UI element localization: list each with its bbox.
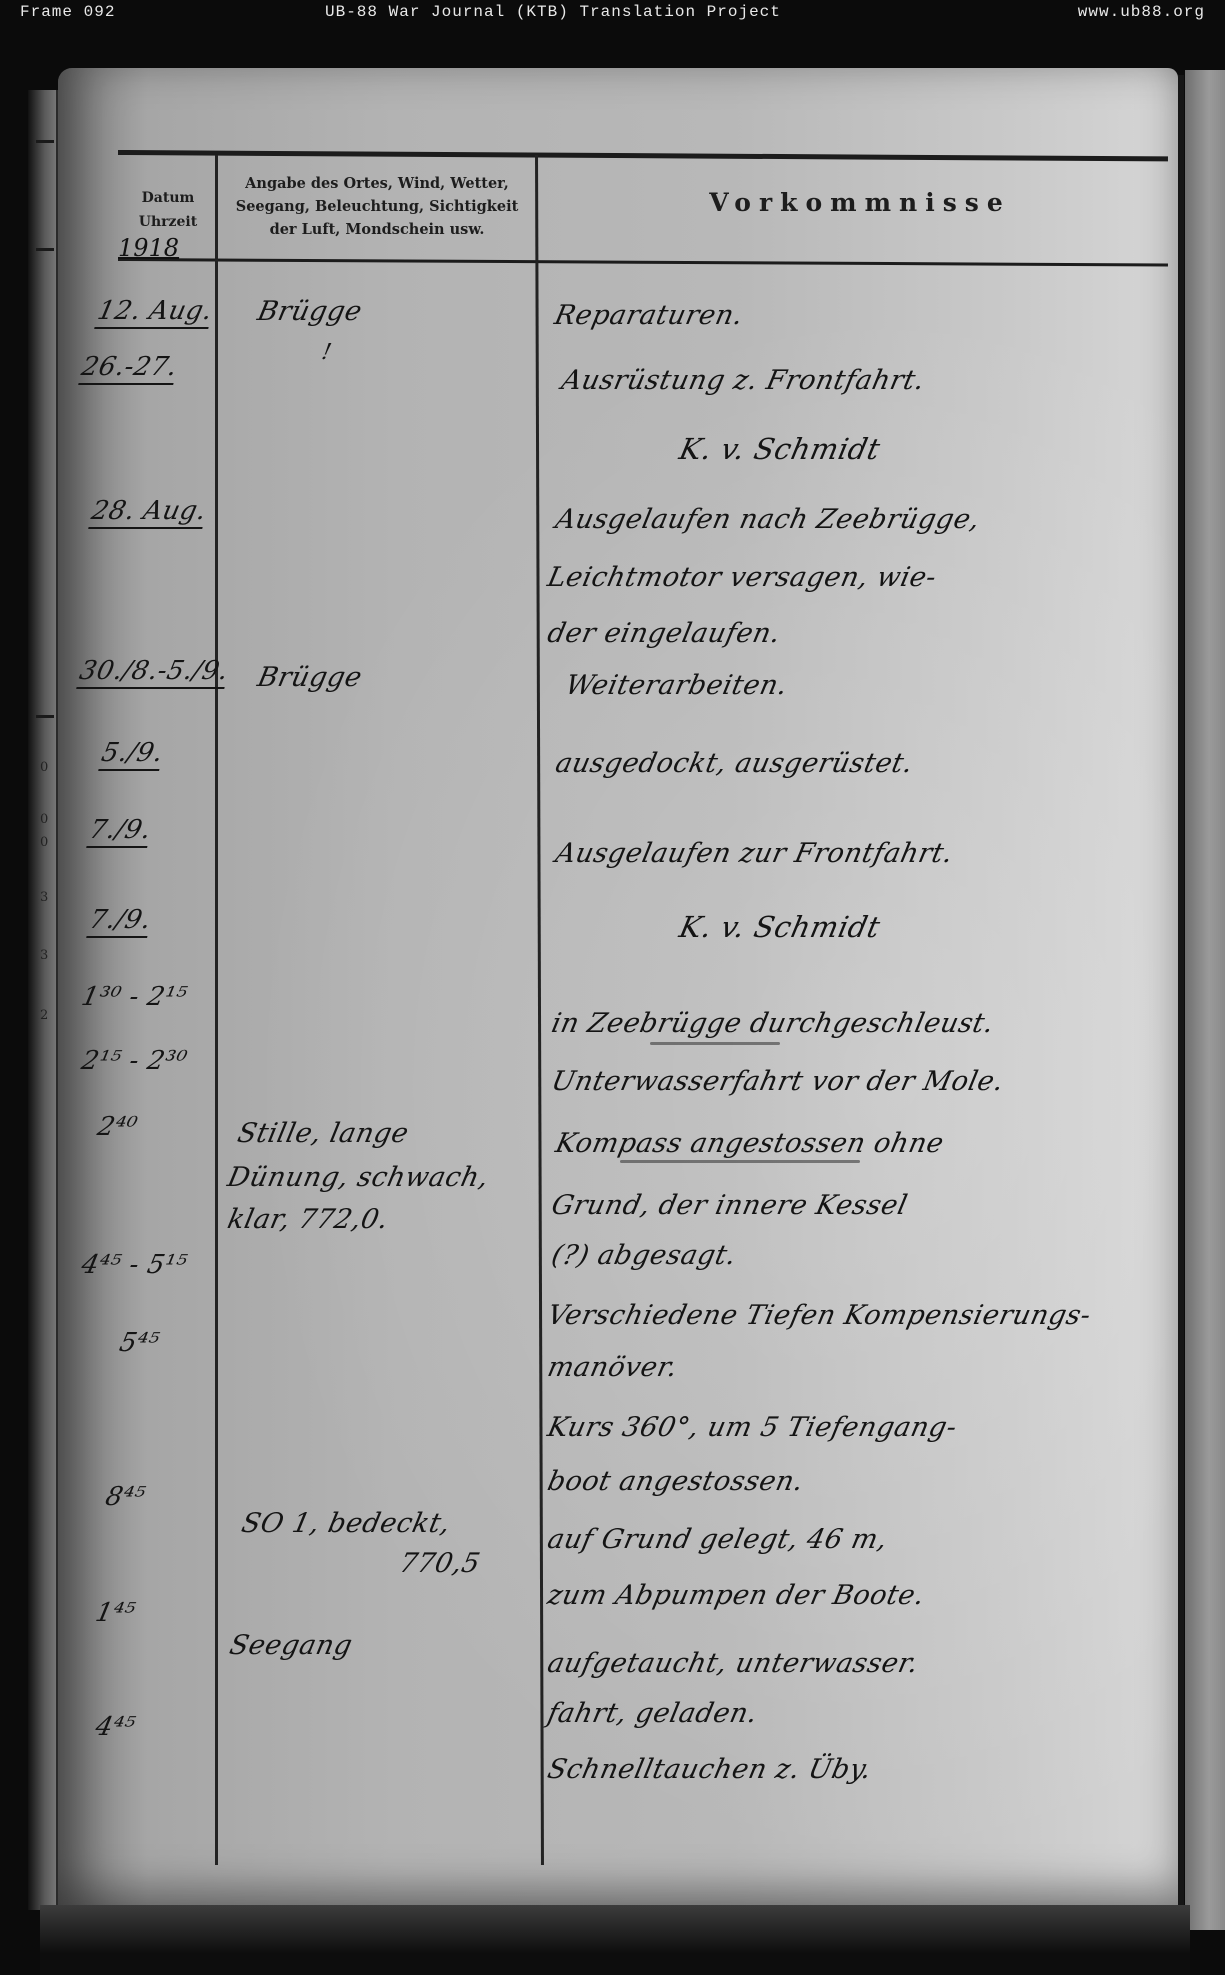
time-entry: 5⁴⁵ [117,1328,162,1358]
next-page-edge [1185,70,1225,1930]
commander-signature: K. v. Schmidt [676,910,883,944]
time-entry: 4⁴⁵ [93,1712,138,1742]
strip-tick [36,715,54,718]
event-line: Ausrüstung z. Frontfahrt. [559,365,928,396]
binding-strip: 0 0 0 3 3 2 [28,90,58,1910]
project-title: UB-88 War Journal (KTB) Translation Proj… [325,3,781,21]
website-link[interactable]: www.ub88.org [1078,3,1205,21]
date-entry: 5./9. [99,738,166,768]
header-uhrzeit-label: Uhrzeit [128,210,208,234]
margin-mark: 0 [40,760,48,775]
header-vorkommnisse: Vorkommnisse [545,188,1175,217]
pencil-underline [650,1042,780,1045]
margin-mark: 3 [40,890,48,905]
event-line: Ausgelaufen zur Frontfahrt. [553,838,956,869]
event-line: Schnelltauchen z. Üby. [545,1754,875,1785]
page-gutter-line [1177,75,1184,1935]
header-ort-line3: der Luft, Mondschein usw. [222,218,532,241]
event-line: fahrt, geladen. [545,1698,761,1729]
event-line: (?) abgesagt. [549,1240,740,1271]
date-entry: 7./9. [87,815,154,845]
margin-mark: 3 [40,948,48,963]
frame-number: Frame 092 [20,3,115,21]
event-line: manöver. [545,1352,681,1383]
event-line: Unterwasserfahrt vor der Mole. [549,1066,1007,1097]
place-entry: Seegang [227,1630,356,1661]
pencil-underline [620,1160,860,1163]
header-datum-label: Datum [128,186,208,210]
date-entry: 7./9. [87,905,154,935]
date-entry: 12. Aug. [95,296,215,326]
strip-tick [36,140,54,143]
event-line: ausgedockt, ausgerüstet. [553,748,916,779]
event-line: boot angestossen. [545,1466,807,1497]
strip-tick [36,248,54,251]
weather-entry: klar, 772,0. [225,1204,392,1235]
place-entry: Brügge [255,296,365,327]
weather-entry: Stille, lange [235,1118,412,1149]
time-entry: 4⁴⁵ - 5¹⁵ [79,1250,190,1280]
event-line: auf Grund gelegt, 46 m, [545,1524,891,1555]
date-entry: 28. Aug. [89,496,209,526]
margin-mark: 0 [40,835,48,850]
event-line: in Zeebrügge durchgeschleust. [549,1008,997,1039]
event-line: der eingelaufen. [545,618,784,649]
barometer-entry: 770,5 [397,1548,483,1579]
journal-page [58,68,1178,1918]
place-entry: Brügge [255,662,365,693]
weather-entry: SO 1, bedeckt, [239,1508,454,1539]
date-entry: 30./8.-5./9. [77,656,231,686]
event-line: Reparaturen. [552,300,746,331]
time-entry: 1³⁰ - 2¹⁵ [79,982,190,1012]
header-ort-line1: Angabe des Ortes, Wind, Wetter, [222,172,532,195]
event-line: Verschiedene Tiefen Kompensierungs- [545,1300,1094,1331]
event-line: Kurs 360°, um 5 Tiefengang- [545,1412,960,1443]
header-ort-line2: Seegang, Beleuchtung, Sichtigkeit [222,195,532,218]
event-line: zum Abpumpen der Boote. [545,1580,928,1611]
scan-caption-bar: Frame 092 UB-88 War Journal (KTB) Transl… [0,0,1225,28]
date-entry: 26.-27. [79,352,180,382]
event-line: Leichtmotor versagen, wie- [545,562,940,593]
page-bottom-shadow [40,1905,1190,1975]
time-entry: 8⁴⁵ [103,1482,148,1512]
weather-entry: Dünung, schwach, [225,1162,492,1193]
header-datum: Datum Uhrzeit [128,186,208,234]
margin-mark: 2 [40,1008,48,1023]
time-entry: 2¹⁵ - 2³⁰ [79,1046,190,1076]
margin-mark: 0 [40,812,48,827]
header-location-weather: Angabe des Ortes, Wind, Wetter, Seegang,… [222,172,532,241]
header-year: 1918 [118,234,179,262]
event-line: Kompass angestossen ohne [553,1128,947,1159]
event-line: Ausgelaufen nach Zeebrügge, [553,504,983,535]
commander-signature: K. v. Schmidt [676,432,883,466]
time-entry: 1⁴⁵ [93,1598,138,1628]
event-line: aufgetaucht, unterwasser. [545,1648,922,1679]
column-divider-1 [215,155,218,1865]
time-entry: 2⁴⁰ [95,1112,140,1142]
event-line: Grund, der innere Kessel [549,1190,911,1221]
event-line: Weiterarbeiten. [563,670,791,701]
